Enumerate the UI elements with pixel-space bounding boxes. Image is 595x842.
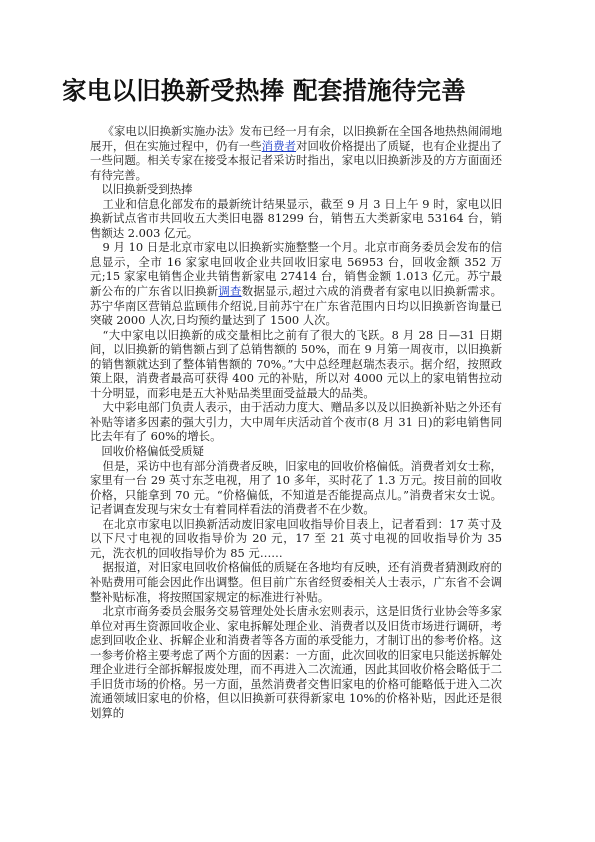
section-subheading: 以旧换新受到热捧 [90, 182, 502, 197]
paragraph-text: 北京市商务委员会服务交易管理处处长唐永宏则表示，这是旧货行业协会等多家单位对再生… [90, 604, 502, 720]
paragraph: “大中家电以旧换新的成交量相比之前有了很大的飞跃。8 月 28 日—31 日期间… [90, 328, 502, 401]
paragraph: 工业和信息化部发布的最新统计结果显示，截至 9 月 3 日上午 9 时，家电以旧… [90, 197, 502, 241]
paragraph: 在北京市家电以旧换新活动废旧家电回收指导价目表上，记者看到：17 英寸及以下尺寸… [90, 517, 502, 561]
document-page: 家电以旧换新受热捧 配套措施待完善 《家电以旧换新实施办法》发布已经一月有余，以… [0, 0, 595, 842]
paragraph-text: 据报道，对旧家电回收价格偏低的质疑在各地均有反映，还有消费者猜测政府的补贴费用可… [90, 560, 502, 603]
section-subheading: 回收价格偏低受质疑 [90, 444, 502, 459]
document-title: 家电以旧换新受热捧 配套措施待完善 [62, 72, 542, 107]
paragraph-text: 回收价格偏低受质疑 [101, 444, 204, 458]
paragraph-text: 大中彩电部门负责人表示，由于活动力度大、赠品多以及以旧换新补贴之外还有补贴等诸多… [90, 400, 502, 443]
paragraph-text: “大中家电以旧换新的成交量相比之前有了很大的飞跃。8 月 28 日—31 日期间… [90, 328, 502, 400]
paragraph: 大中彩电部门负责人表示，由于活动力度大、赠品多以及以旧换新补贴之外还有补贴等诸多… [90, 400, 502, 444]
paragraph-text: 以旧换新受到热捧 [101, 182, 192, 196]
document-body: 《家电以旧换新实施办法》发布已经一月有余，以旧换新在全国各地热热闹闹地展开，但在… [90, 124, 502, 720]
paragraph: 北京市商务委员会服务交易管理处处长唐永宏则表示，这是旧货行业协会等多家单位对再生… [90, 604, 502, 720]
paragraph-text: 工业和信息化部发布的最新统计结果显示，截至 9 月 3 日上午 9 时，家电以旧… [90, 197, 502, 240]
paragraph: 《家电以旧换新实施办法》发布已经一月有余，以旧换新在全国各地热热闹闹地展开，但在… [90, 124, 502, 182]
inline-link[interactable]: 调查 [218, 284, 241, 298]
paragraph-text: 在北京市家电以旧换新活动废旧家电回收指导价目表上，记者看到：17 英寸及以下尺寸… [90, 517, 502, 560]
paragraph-text: 但是，采访中也有部分消费者反映，旧家电的回收价格偏低。消费者刘女士称，家里有一台… [90, 459, 502, 517]
paragraph: 据报道，对旧家电回收价格偏低的质疑在各地均有反映，还有消费者猜测政府的补贴费用可… [90, 560, 502, 604]
paragraph: 但是，采访中也有部分消费者反映，旧家电的回收价格偏低。消费者刘女士称，家里有一台… [90, 459, 502, 517]
inline-link[interactable]: 消费者 [262, 139, 296, 153]
paragraph: 9 月 10 日是北京市家电以旧换新实施整整一个月。北京市商务委员会发布的信息显… [90, 240, 502, 327]
